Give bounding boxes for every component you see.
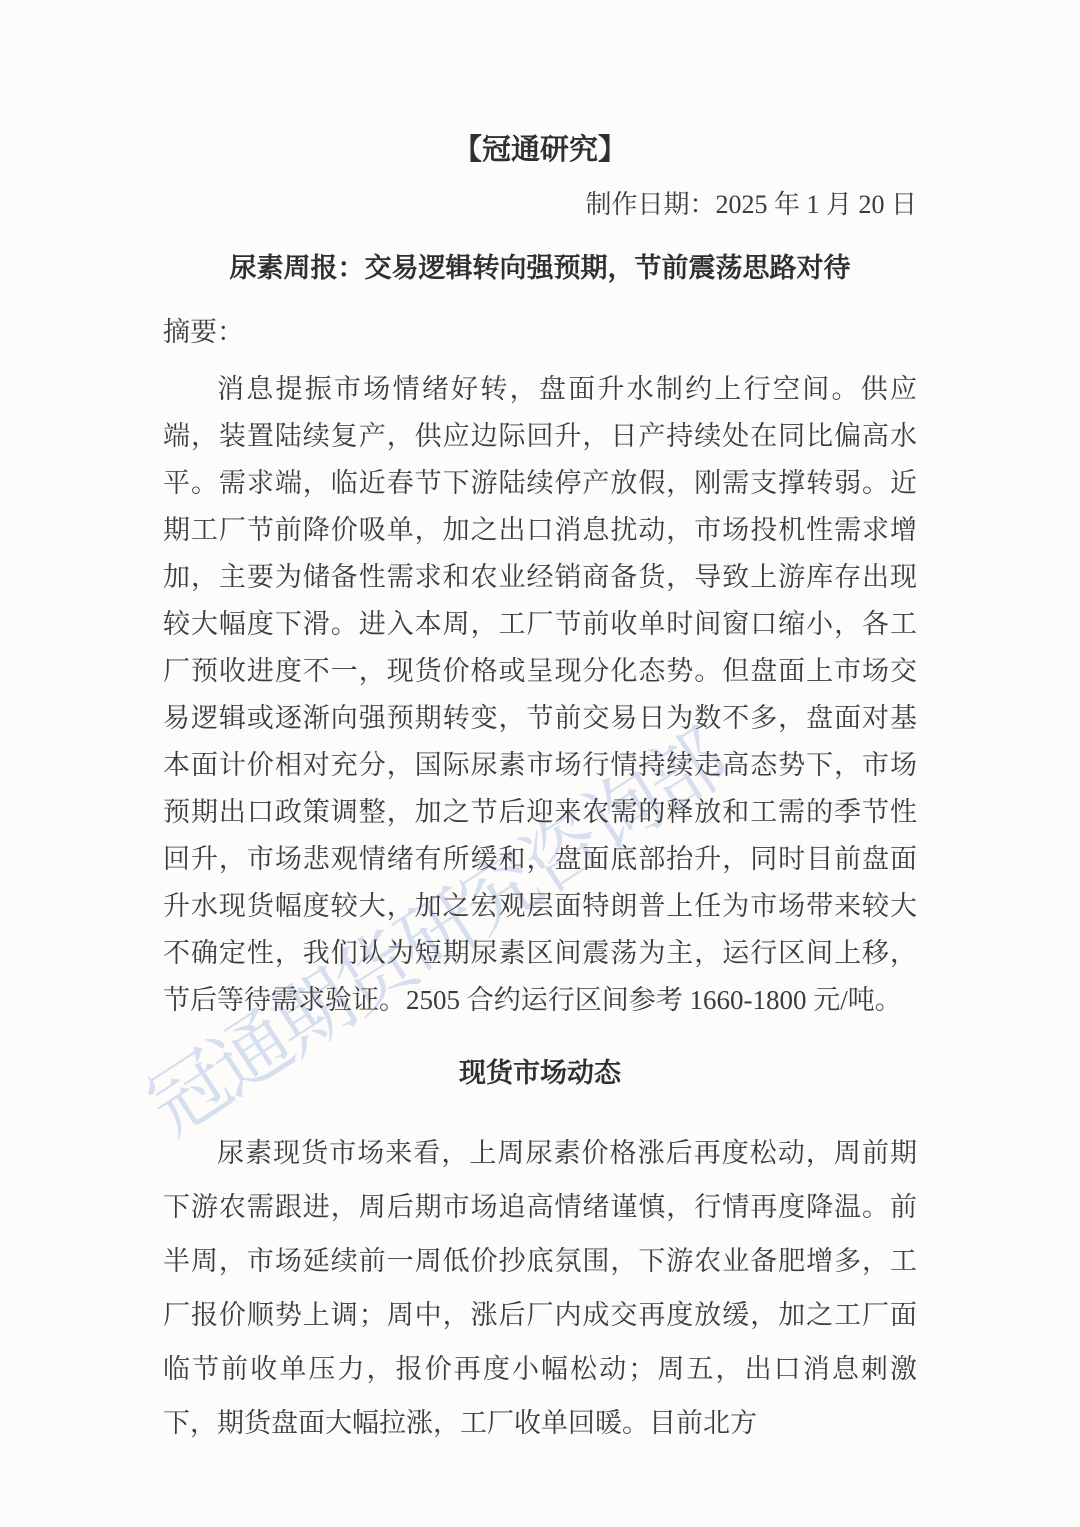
report-content: 【冠通研究】 制作日期：2025 年 1 月 20 日 尿素周报：交易逻辑转向强… [0, 0, 1080, 1450]
spot-market-paragraph: 尿素现货市场来看，上周尿素价格涨后再度松动，周前期下游农需跟进，周后期市场追高情… [163, 1126, 917, 1450]
report-page: 冠通期货研究咨询部 【冠通研究】 制作日期：2025 年 1 月 20 日 尿素… [0, 0, 1080, 1527]
production-date: 制作日期：2025 年 1 月 20 日 [163, 188, 917, 222]
section-heading-spot-market: 现货市场动态 [163, 1052, 917, 1094]
report-title: 尿素周报：交易逻辑转向强预期，节前震荡思路对待 [163, 248, 917, 288]
brand-title: 【冠通研究】 [163, 0, 917, 170]
abstract-label: 摘要： [163, 312, 917, 352]
abstract-paragraph: 消息提振市场情绪好转，盘面升水制约上行空间。供应端，装置陆续复产，供应边际回升，… [163, 366, 917, 1024]
